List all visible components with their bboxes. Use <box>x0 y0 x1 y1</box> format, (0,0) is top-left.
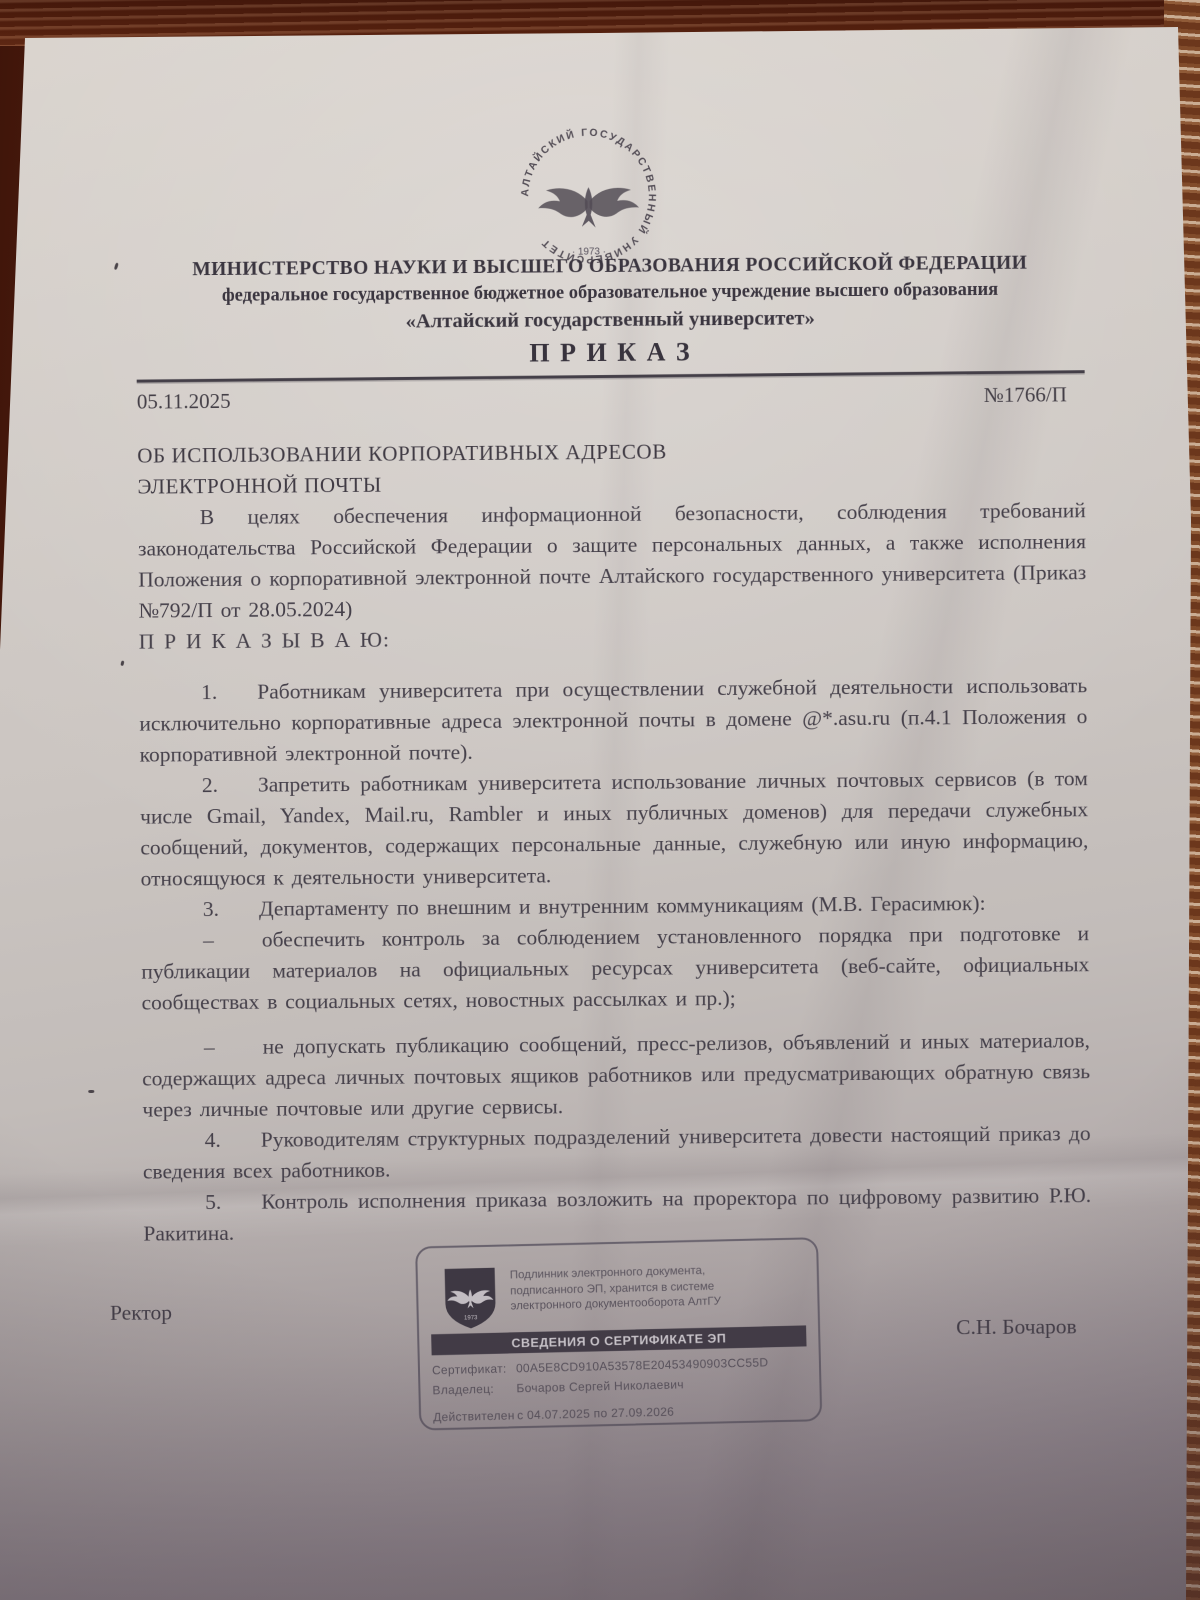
stamp-shield-icon: 1973 <box>444 1267 497 1330</box>
stamp-shield-year: 1973 <box>464 1315 478 1321</box>
owner-value: Бочаров Сергей Николаевич <box>516 1377 684 1395</box>
stamp-note: Подлинник электронного документа, подпис… <box>510 1261 811 1315</box>
validity-value: с 04.07.2025 по 27.09.2026 <box>517 1405 674 1423</box>
item-number: 3. <box>203 897 219 921</box>
stamp-certificate-header: СВЕДЕНИЯ О СЕРТИФИКАТЕ ЭП <box>431 1325 806 1355</box>
item-text: Запретить работникам университета исполь… <box>140 766 1088 890</box>
order-date: 05.11.2025 <box>137 389 231 415</box>
item-number: 5. <box>205 1190 221 1214</box>
validity-label: Действителен <box>433 1408 515 1424</box>
stray-mark <box>88 1090 94 1093</box>
dash-marker: – <box>204 1035 215 1059</box>
stamp-owner-row: Владелец: Бочаров Сергей Николаевич <box>432 1382 494 1397</box>
document-content: АЛТАЙСКИЙ ГОСУДАРСТВЕННЫЙ УНИВЕРСИТЕТ · … <box>0 0 1200 1600</box>
order-item-3-sub-1: –обеспечить контроль за соблюдением уста… <box>141 918 1090 1018</box>
stray-mark <box>120 660 124 666</box>
item-text: Руководителям структурных подразделений … <box>143 1121 1091 1183</box>
order-item-4: 4.Руководителям структурных подразделени… <box>143 1118 1091 1187</box>
stamp-certificate-row: Сертификат: 00A5E8CD910A53578E2045349090… <box>432 1362 507 1378</box>
signer-position: Ректор <box>110 1300 172 1325</box>
stamp-validity-row: Действителен с 04.07.2025 по 27.09.2026 <box>433 1408 515 1424</box>
item-text: Контроль исполнения приказа возложить на… <box>143 1183 1091 1245</box>
document-type-heading: П Р И К А З <box>136 334 1084 371</box>
institution-line: федеральное государственное бюджетное об… <box>136 279 1084 307</box>
item-number: 2. <box>202 773 218 797</box>
order-item-5: 5.Контроль исполнения приказа возложить … <box>143 1180 1091 1249</box>
photo-scene: АЛТАЙСКИЙ ГОСУДАРСТВЕННЫЙ УНИВЕРСИТЕТ · … <box>0 0 1200 1600</box>
order-item-1: 1.Работникам университета при осуществле… <box>139 670 1088 770</box>
certificate-value: 00A5E8CD910A53578E20453490903CC55D <box>516 1355 769 1375</box>
ministry-line: МИНИСТЕРСТВО НАУКИ И ВЫСШЕГО ОБРАЗОВАНИЯ… <box>136 252 1084 281</box>
item-text: не допускать публикацию сообщений, пресс… <box>142 1028 1090 1121</box>
dash-marker: – <box>203 928 214 952</box>
order-word: П Р И К А З Ы В А Ю: <box>139 619 1087 657</box>
owner-label: Владелец: <box>432 1382 494 1397</box>
order-meta-row: 05.11.2025 №1766/П <box>137 382 1085 414</box>
stray-mark <box>114 262 119 270</box>
order-item-3-sub-2: –не допускать публикацию сообщений, прес… <box>142 1025 1091 1125</box>
item-text: обеспечить контроль за соблюдением устан… <box>141 921 1089 1014</box>
item-text: Работникам университета при осуществлени… <box>139 673 1087 766</box>
item-number: 4. <box>205 1128 221 1152</box>
certificate-label: Сертификат: <box>432 1362 507 1378</box>
university-name-line: «Алтайский государственный университет» <box>136 305 1084 335</box>
signer-name: С.Н. Бочаров <box>956 1314 1077 1340</box>
text-column: МИНИСТЕРСТВО НАУКИ И ВЫСШЕГО ОБРАЗОВАНИЯ… <box>134 0 1092 1250</box>
header-divider <box>137 370 1085 382</box>
intro-paragraph: В целях обеспечения информационной безоп… <box>138 495 1087 626</box>
item-text: Департаменту по внешним и внутренним ком… <box>259 891 986 921</box>
e-signature-stamp: 1973 Подлинник электронного документа, п… <box>415 1237 822 1430</box>
order-subject: ОБ ИСПОЛЬЗОВАНИИ КОРПОРАТИВНЫХ АДРЕСОВ Э… <box>137 433 1085 502</box>
order-number: №1766/П <box>984 382 1085 408</box>
document-paper: АЛТАЙСКИЙ ГОСУДАРСТВЕННЫЙ УНИВЕРСИТЕТ · … <box>0 0 1200 1600</box>
item-number: 1. <box>201 680 217 704</box>
order-item-2: 2.Запретить работникам университета испо… <box>140 763 1089 894</box>
